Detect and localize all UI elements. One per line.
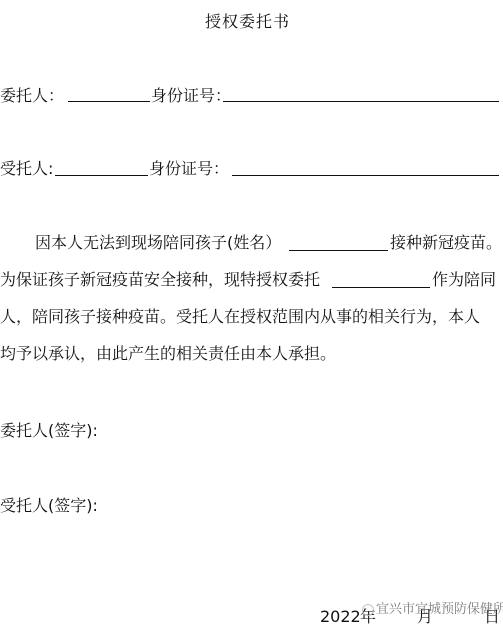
body-line-2a: 为保证孩子新冠疫苗安全接种，现特授权委托 (0, 270, 320, 290)
agent-signature-label: 受托人(签字): (0, 496, 98, 516)
agent-id-label: 身份证号： (149, 159, 229, 179)
agent-name-blank[interactable] (55, 175, 148, 176)
body-line-1b: 接种新冠疫苗。 (390, 233, 502, 253)
wechat-icon (362, 604, 374, 616)
body-line-1a: 因本人无法到现场陪同孩子(姓名） (35, 233, 281, 253)
agent-entrust-blank[interactable] (332, 287, 430, 288)
principal-id-label: 身份证号： (151, 86, 231, 106)
principal-signature-label: 委托人(签字): (0, 421, 98, 441)
date-year: 2022 (320, 607, 361, 627)
body-line-2b: 作为陪同 (432, 270, 496, 290)
body-line-3: 人，陪同孩子接种疫苗。受托人在授权范围内从事的相关行为，本人 (0, 307, 480, 327)
agent-id-blank[interactable] (232, 175, 499, 176)
principal-name-blank[interactable] (68, 101, 150, 102)
child-name-blank[interactable] (289, 250, 388, 251)
document-title: 授权委托书 (205, 9, 290, 32)
agent-label: 受托人: (0, 159, 53, 179)
body-line-4: 均予以承认，由此产生的相关责任由本人承担。 (0, 344, 336, 364)
principal-id-blank[interactable] (223, 101, 499, 102)
watermark-text: 宜兴市宜城预防保健所 (376, 602, 503, 617)
principal-label: 委托人： (0, 86, 64, 106)
watermark: 宜兴市宜城预防保健所 (362, 598, 503, 617)
